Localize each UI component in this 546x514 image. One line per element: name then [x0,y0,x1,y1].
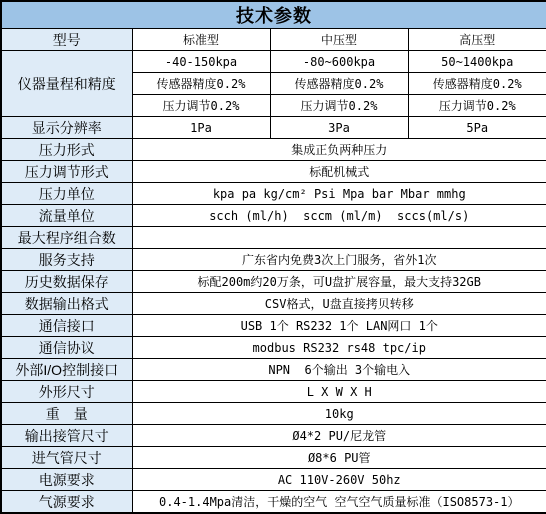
row-pressure-units: 压力单位 kpa pa kg/cm² Psi Mpa bar Mbar mmhg [1,183,546,205]
row-label: 外形尺寸 [1,381,132,403]
row-label-range-accuracy: 仪器量程和精度 [1,51,132,117]
row-value: CSV格式，U盘直接拷贝转移 [132,293,546,315]
row-dimensions: 外形尺寸 L X W X H [1,381,546,403]
row-power-requirement: 电源要求 AC 110V-260V 50hz [1,469,546,491]
table-title: 技术参数 [1,1,546,29]
row-label: 服务支持 [1,249,132,271]
row-label: 通信接口 [1,315,132,337]
row-comm-interface: 通信接口 USB 1个 RS232 1个 LAN网口 1个 [1,315,546,337]
pressure-adjust-standard: 压力调节0.2% [132,95,270,117]
row-value: 10kg [132,403,546,425]
row-pressure-form: 压力形式 集成正负两种压力 [1,139,546,161]
row-value: NPN 6个输出 3个输电入 [132,359,546,381]
row-range-1: 仪器量程和精度 -40-150kpa -80~600kpa 50~1400kpa [1,51,546,73]
sensor-accuracy-medium: 传感器精度0.2% [270,73,408,95]
row-value: AC 110V-260V 50hz [132,469,546,491]
model-medium-pressure: 中压型 [270,29,408,51]
row-value [132,227,546,249]
row-label-model: 型号 [1,29,132,51]
sensor-accuracy-standard: 传感器精度0.2% [132,73,270,95]
table-title-row: 技术参数 [1,1,546,29]
resolution-medium: 3Pa [270,117,408,139]
row-value: scch (ml/h) sccm (ml/m) sccs(ml/s) [132,205,546,227]
pressure-adjust-medium: 压力调节0.2% [270,95,408,117]
resolution-standard: 1Pa [132,117,270,139]
row-value: 集成正负两种压力 [132,139,546,161]
row-label: 流量单位 [1,205,132,227]
row-label: 压力形式 [1,139,132,161]
range-standard: -40-150kpa [132,51,270,73]
resolution-high: 5Pa [408,117,546,139]
model-high-pressure: 高压型 [408,29,546,51]
row-flow-units: 流量单位 scch (ml/h) sccm (ml/m) sccs(ml/s) [1,205,546,227]
row-value: USB 1个 RS232 1个 LAN网口 1个 [132,315,546,337]
row-data-output-format: 数据输出格式 CSV格式，U盘直接拷贝转移 [1,293,546,315]
row-weight: 重 量 10kg [1,403,546,425]
range-high: 50~1400kpa [408,51,546,73]
row-label: 压力调节形式 [1,161,132,183]
row-label: 外部I/O控制接口 [1,359,132,381]
row-value: modbus RS232 rs48 tpc/ip [132,337,546,359]
row-value: L X W X H [132,381,546,403]
row-comm-protocol: 通信协议 modbus RS232 rs48 tpc/ip [1,337,546,359]
row-label: 最大程序组合数 [1,227,132,249]
row-label: 数据输出格式 [1,293,132,315]
pressure-adjust-high: 压力调节0.2% [408,95,546,117]
row-value: 广东省内免费3次上门服务，省外1次 [132,249,546,271]
row-value: kpa pa kg/cm² Psi Mpa bar Mbar mmhg [132,183,546,205]
row-value: Ø8*6 PU管 [132,447,546,469]
row-service-support: 服务支持 广东省内免费3次上门服务，省外1次 [1,249,546,271]
row-history-storage: 历史数据保存 标配200m约20万条，可U盘扩展容量，最大支持32GB [1,271,546,293]
row-label: 进气管尺寸 [1,447,132,469]
row-max-program-combos: 最大程序组合数 [1,227,546,249]
row-label-resolution: 显示分辨率 [1,117,132,139]
sensor-accuracy-high: 传感器精度0.2% [408,73,546,95]
range-medium: -80~600kpa [270,51,408,73]
model-standard: 标准型 [132,29,270,51]
row-value: Ø4*2 PU/尼龙管 [132,425,546,447]
row-pressure-adjust-form: 压力调节形式 标配机械式 [1,161,546,183]
row-label: 压力单位 [1,183,132,205]
row-value: 标配200m约20万条，可U盘扩展容量，最大支持32GB [132,271,546,293]
row-model: 型号 标准型 中压型 高压型 [1,29,546,51]
row-label: 输出接管尺寸 [1,425,132,447]
technical-parameters-table: 技术参数 型号 标准型 中压型 高压型 仪器量程和精度 -40-150kpa -… [0,0,546,514]
row-label: 电源要求 [1,469,132,491]
row-external-io: 外部I/O控制接口 NPN 6个输出 3个输电入 [1,359,546,381]
row-label: 通信协议 [1,337,132,359]
row-intake-tube-size: 进气管尺寸 Ø8*6 PU管 [1,447,546,469]
row-output-tube-size: 输出接管尺寸 Ø4*2 PU/尼龙管 [1,425,546,447]
row-resolution: 显示分辨率 1Pa 3Pa 5Pa [1,117,546,139]
row-label: 历史数据保存 [1,271,132,293]
row-value: 标配机械式 [132,161,546,183]
row-label: 重 量 [1,403,132,425]
